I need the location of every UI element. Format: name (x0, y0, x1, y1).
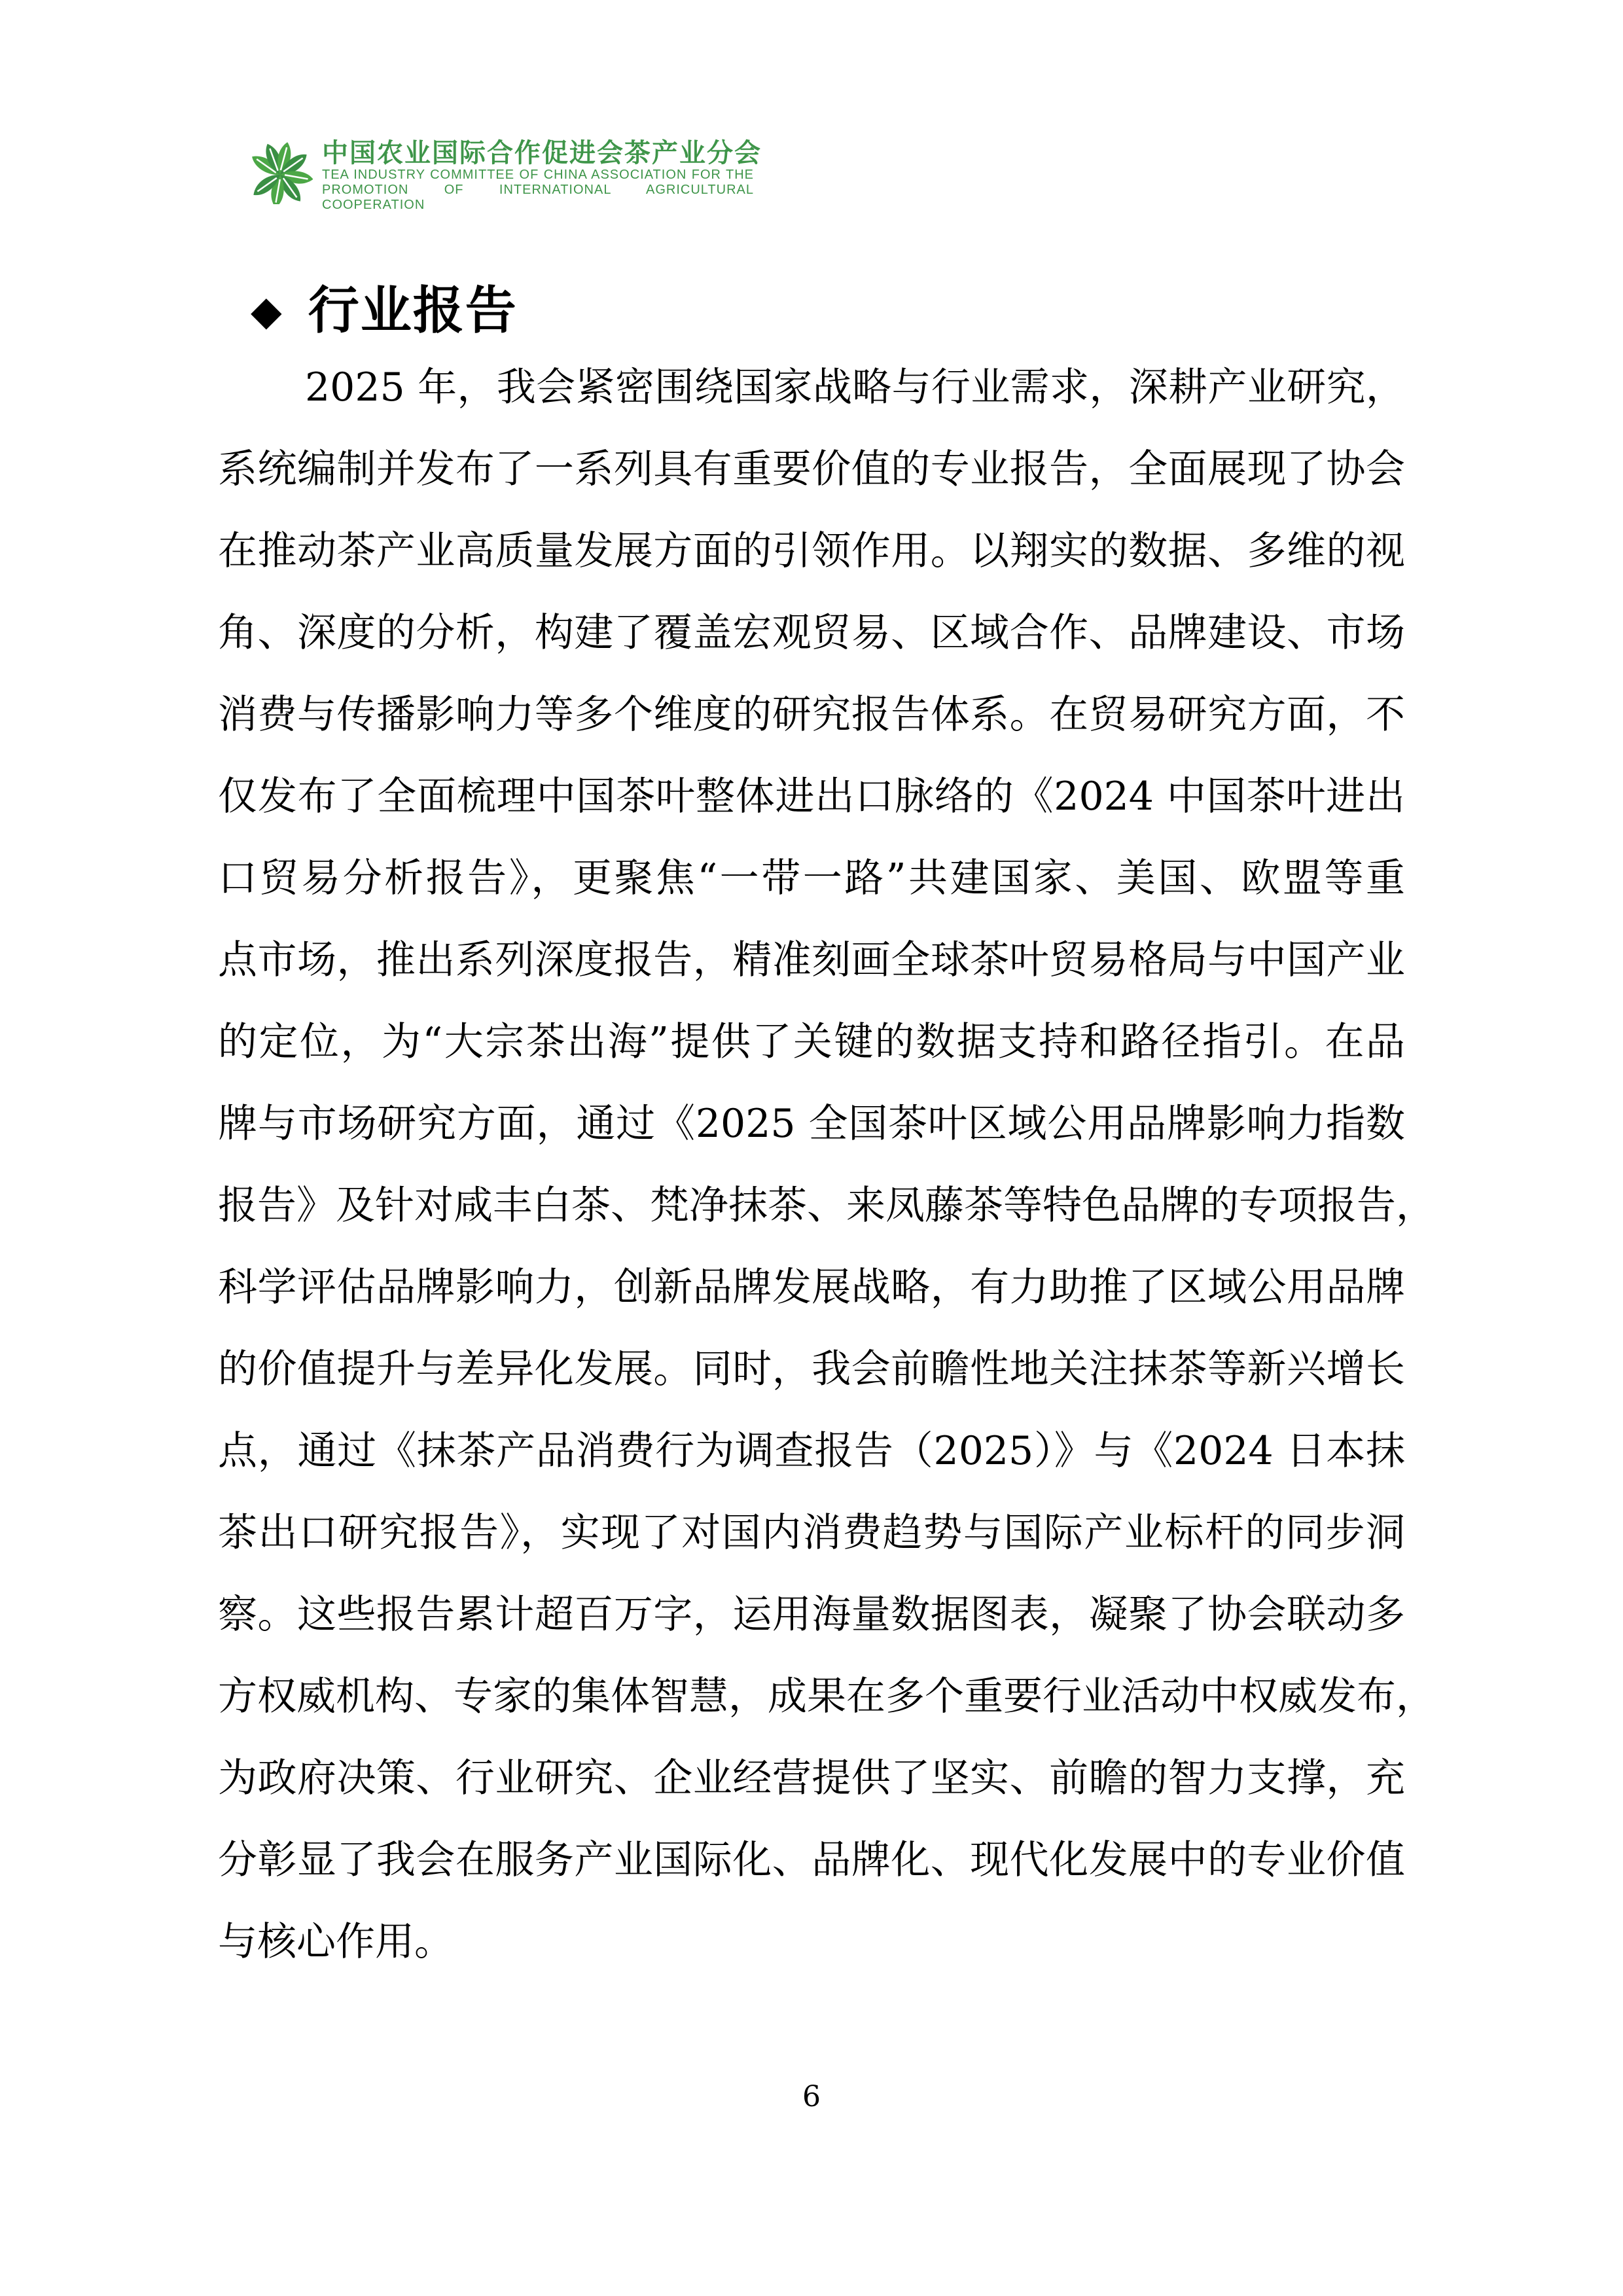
document-page: 中国农业国际合作促进会茶产业分会 TEA INDUSTRY COMMITTEE … (0, 0, 1623, 2296)
paragraph-line: 口贸易分析报告》，更聚焦“一带一路”共建国家、美国、欧盟等重 (218, 838, 1405, 920)
paragraph-line: 角、深度的分析，构建了覆盖宏观贸易、区域合作、品牌建设、市场 (218, 592, 1405, 674)
paragraph-line: 科学评估品牌影响力，创新品牌发展战略，有力助推了区域公用品牌 (218, 1247, 1405, 1329)
paragraph-line: 系统编制并发布了一系列具有重要价值的专业报告，全面展现了协会 (218, 429, 1405, 511)
paragraph-line: 为政府决策、行业研究、企业经营提供了坚实、前瞻的智力支撑，充 (218, 1738, 1405, 1820)
org-name-english-line1: TEA INDUSTRY COMMITTEE OF CHINA ASSOCIAT… (322, 168, 754, 183)
paragraph-line: 消费与传播影响力等多个维度的研究报告体系。在贸易研究方面，不 (218, 674, 1405, 756)
report-paragraph: 2025 年，我会紧密围绕国家战略与行业需求，深耕产业研究， 系统编制并发布了一… (218, 347, 1405, 1983)
page-number: 6 (218, 2080, 1405, 2114)
section-heading: ◆ 行业报告 (251, 278, 518, 344)
paragraph-line: 分彰显了我会在服务产业国际化、品牌化、现代化发展中的专业价值 (218, 1820, 1405, 1901)
paragraph-line: 的价值提升与差异化发展。同时，我会前瞻性地关注抹茶等新兴增长 (218, 1329, 1405, 1410)
org-logo: 中国农业国际合作促进会茶产业分会 TEA INDUSTRY COMMITTEE … (247, 139, 754, 213)
tea-leaves-icon (247, 139, 313, 204)
paragraph-line: 报告》及针对咸丰白茶、梵净抹茶、来凤藤茶等特色品牌的专项报告， (218, 1165, 1405, 1247)
paragraph-line: 在推动茶产业高质量发展方面的引领作用。以翔实的数据、多维的视 (218, 511, 1405, 592)
org-name-chinese: 中国农业国际合作促进会茶产业分会 (322, 139, 754, 168)
paragraph-line: 察。这些报告累计超百万字，运用海量数据图表，凝聚了协会联动多 (218, 1574, 1405, 1656)
paragraph-line: 方权威机构、专家的集体智慧，成果在多个重要行业活动中权威发布， (218, 1656, 1405, 1738)
org-name-english-line2: PROMOTION OF INTERNATIONAL AGRICULTURAL … (322, 183, 754, 213)
paragraph-line: 的定位，为“大宗茶出海”提供了关键的数据支持和路径指引。在品 (218, 1001, 1405, 1083)
paragraph-line: 茶出口研究报告》，实现了对国内消费趋势与国际产业标杆的同步洞 (218, 1492, 1405, 1574)
diamond-bullet-icon: ◆ (251, 278, 282, 344)
paragraph-line: 仅发布了全面梳理中国茶叶整体进出口脉络的《2024 中国茶叶进出 (218, 756, 1405, 838)
paragraph-line: 点，通过《抹茶产品消费行为调查报告（2025）》与《2024 日本抹 (218, 1410, 1405, 1492)
paragraph-line: 牌与市场研究方面，通过《2025 全国茶叶区域公用品牌影响力指数 (218, 1083, 1405, 1165)
paragraph-line: 点市场，推出系列深度报告，精准刻画全球茶叶贸易格局与中国产业 (218, 920, 1405, 1001)
paragraph-line: 与核心作用。 (218, 1901, 1405, 1983)
paragraph-line: 2025 年，我会紧密围绕国家战略与行业需求，深耕产业研究， (218, 347, 1405, 429)
section-title: 行业报告 (308, 278, 518, 344)
org-logo-text: 中国农业国际合作促进会茶产业分会 TEA INDUSTRY COMMITTEE … (322, 139, 754, 213)
